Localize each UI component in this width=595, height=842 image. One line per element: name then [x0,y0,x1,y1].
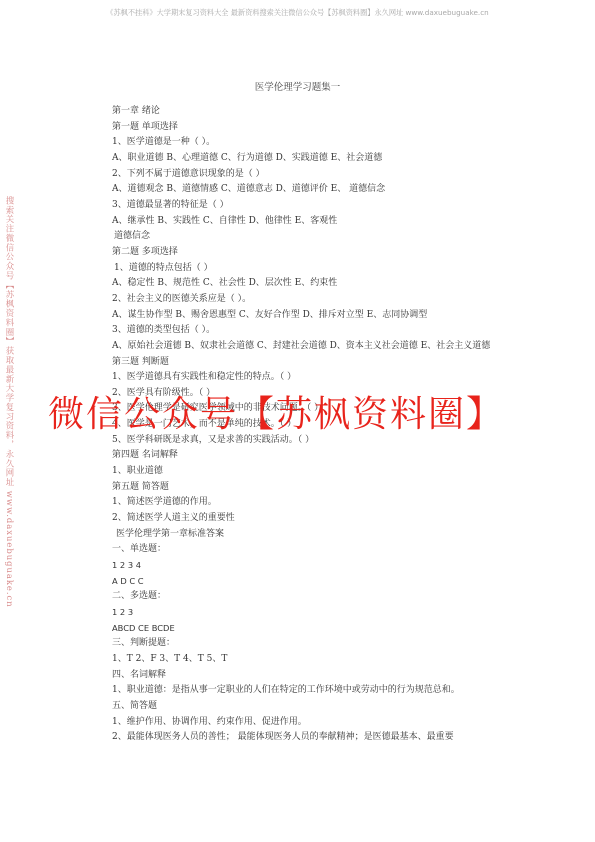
chapter-heading: 第一章 绪论 [112,104,522,120]
answer-values: A D C C [112,574,522,590]
question: 3、道德最显著的特征是（ ） [112,198,522,214]
question: 2、社会主义的医德关系应是（ ）。 [112,292,522,308]
answer-section: 五、简答题 [112,699,522,715]
question: 2、简述医学人道主义的重要性 [112,511,522,527]
section-heading: 第一题 单项选择 [112,120,522,136]
options: A、谋生协作型 B、赐舍恩惠型 C、友好合作型 D、排斥对立型 E、志同协调型 [112,308,522,324]
options: A、道德观念 B、道德情感 C、道德意志 D、道德评价 E、 道德信念 [112,182,522,198]
question: 1、医学道德具有实践性和稳定性的特点。（ ） [112,370,522,386]
text-line: 道德信念 [112,229,522,245]
document-title: 医学伦理学习题集一 [0,79,595,93]
answer-section: 二、多选题： [112,589,522,605]
options: A、稳定性 B、规范性 C、社会性 D、层次性 E、约束性 [112,276,522,292]
options: A、原始社会道德 B、奴隶社会道德 C、封建社会道德 D、资本主义社会道德 E、… [88,339,522,355]
answer-values: ABCD CE BCDE [112,621,522,637]
answer-numbers: 1 2 3 4 [112,558,522,574]
answer-section: 一、单选题： [112,542,522,558]
question: 2、下列不属于道德意识现象的是（ ） [112,167,522,183]
section-heading: 第三题 判断题 [112,355,522,371]
watermark: 微信公众号【苏枫资料圈】 [48,393,504,437]
question: 1、医学道德是一种（ ）。 [112,135,522,151]
options: A、职业道德 B、心理道德 C、行为道德 D、实践道德 E、社会道德 [112,151,522,167]
answer-text: 1、维护作用、协调作用、约束作用、促进作用。 [112,715,522,731]
answer-text: 1、职业道德：是指从事一定职业的人们在特定的工作环境中或劳动中的行为规范总和。 [112,683,522,699]
question: 1、职业道德 [112,464,522,480]
section-heading: 第二题 多项选择 [112,245,522,261]
question: 1、简述医学道德的作用。 [112,495,522,511]
answer-text: 2、最能体现医务人员的善性； 最能体现医务人员的奉献精神；是医德最基本、最重要 [112,730,522,746]
question: 3、道德的类型包括（ ）。 [112,323,522,339]
header-banner: 《苏枫不挂科》大学期末复习资料大全 最新资料搜索关注微信公众号【苏枫资料圈】永久… [0,8,595,18]
answer-section: 三、判断提题： [112,636,522,652]
options: A、继承性 B、实践性 C、自律性 D、他律性 E、客观性 [112,214,522,230]
section-heading: 第四题 名词解释 [112,448,522,464]
question: 1、道德的特点包括（ ） [112,261,522,277]
answer-values: 1、T 2、F 3、T 4、T 5、T [112,652,522,668]
side-banner: 搜索关注微信公众号【苏枫资料圈】获取最新大学复习资料，永久网址 www.daxu… [4,196,16,608]
answer-section: 四、名词解释 [112,668,522,684]
answer-heading: 医学伦理学第一章标准答案 [112,527,522,543]
section-heading: 第五题 简答题 [112,480,522,496]
answer-numbers: 1 2 3 [112,605,522,621]
